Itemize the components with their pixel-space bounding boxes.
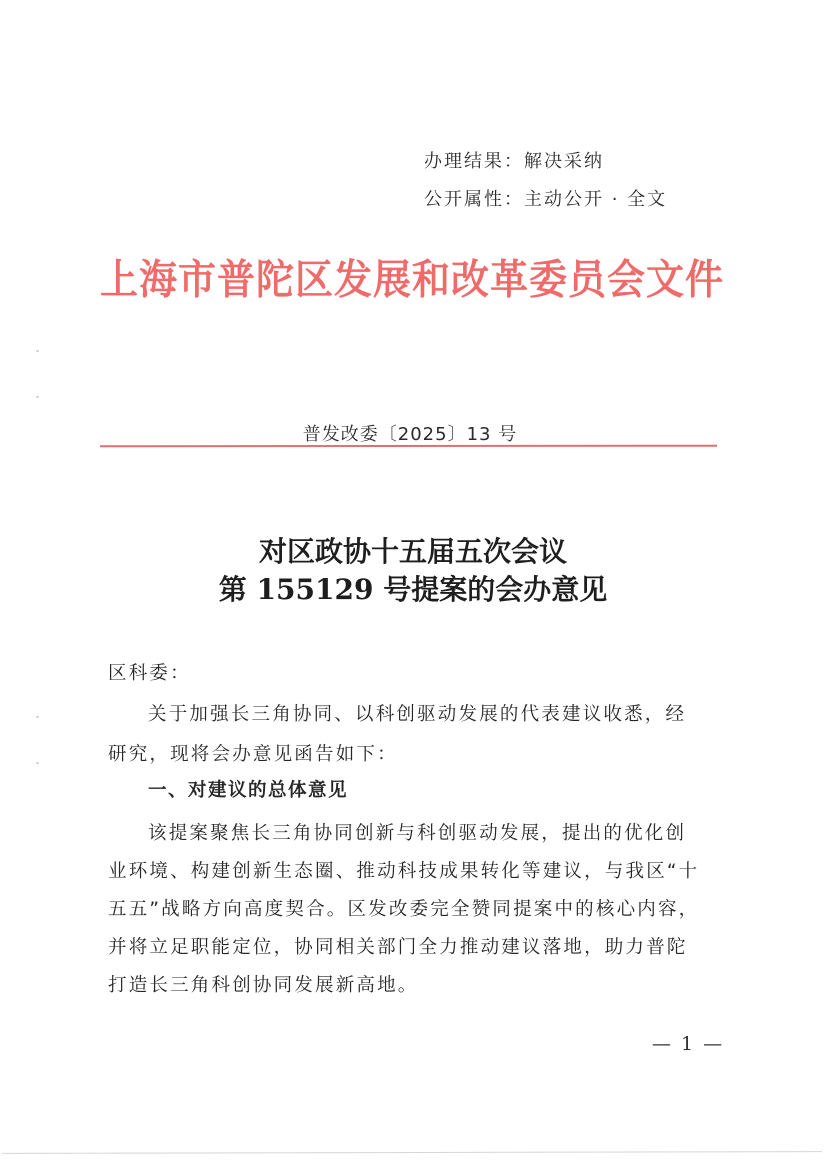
disclosure-attribute: 公开属性：主动公开 · 全文 bbox=[424, 185, 667, 211]
binding-hole-mark bbox=[36, 350, 39, 352]
paragraph-2-line-2: 业环境、构建创新生态圈、推动科技成果转化等建议，与我区“十 bbox=[108, 857, 728, 883]
paragraph-2-line-5: 打造长三角科创协同发展新高地。 bbox=[108, 971, 728, 997]
disclosure-label: 公开属性： bbox=[424, 189, 524, 210]
salutation: 区科委： bbox=[108, 659, 728, 685]
binding-hole-mark bbox=[36, 396, 39, 398]
binding-hole-mark bbox=[36, 762, 39, 764]
handling-result-value: 解决采纳 bbox=[524, 151, 604, 172]
document-title-line-1: 对区政协十五届五次会议 bbox=[100, 530, 726, 570]
paragraph-2-line-1: 该提案聚焦长三角协同创新与科创驱动发展，提出的优化创 bbox=[148, 819, 768, 845]
paragraph-2-line-4: 并将立足职能定位，协同相关部门全力推动建议落地，助力普陀 bbox=[108, 933, 728, 959]
paragraph-2-line-3: 五五”战略方向高度契合。区发改委完全赞同提案中的核心内容， bbox=[108, 895, 728, 921]
handling-result: 办理结果：解决采纳 bbox=[424, 147, 604, 173]
disclosure-value: 主动公开 · 全文 bbox=[524, 189, 667, 210]
document-masthead: 上海市普陀区发展和改革委员会文件 bbox=[100, 246, 724, 305]
paragraph-1-line-1: 关于加强长三角协同、以科创驱动发展的代表建议收悉，经 bbox=[148, 700, 768, 726]
paragraph-1-line-2: 研究，现将会办意见函告如下： bbox=[108, 740, 728, 766]
page-number: — 1 — bbox=[652, 1033, 724, 1055]
handling-result-label: 办理结果： bbox=[424, 151, 524, 172]
section-1-heading: 一、对建议的总体意见 bbox=[148, 776, 768, 802]
document-title-line-2: 第 155129 号提案的会办意见 bbox=[100, 568, 726, 608]
binding-hole-mark bbox=[36, 716, 39, 718]
scan-page-edge bbox=[2, 1151, 822, 1154]
red-divider-rule bbox=[100, 445, 717, 448]
document-number: 普发改委〔2025〕13 号 bbox=[100, 420, 720, 446]
